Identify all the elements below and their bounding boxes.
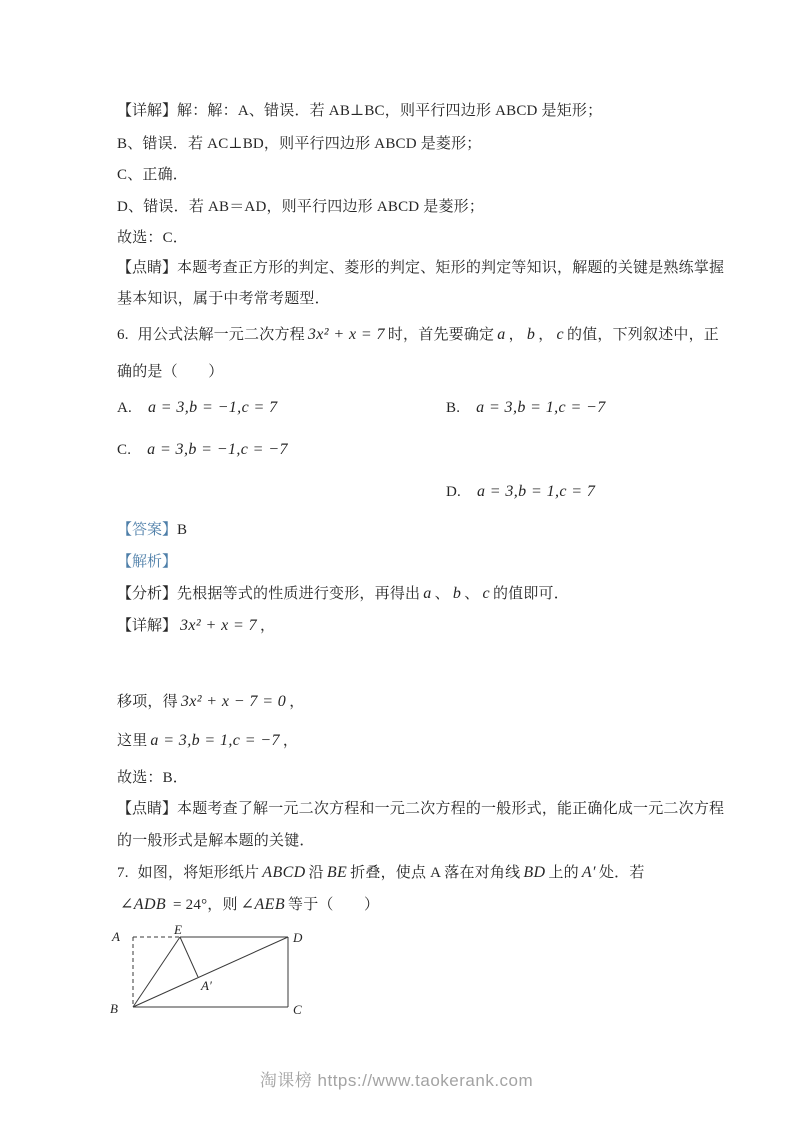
q6-option-c-segment: C. bbox=[117, 442, 131, 458]
q6-option-b: B.a = 3,b = 1,c = −7 bbox=[446, 397, 609, 419]
q6-step-rearrange-segment: 移项，得 bbox=[117, 694, 178, 710]
vertex-label-A: A bbox=[111, 929, 120, 944]
q5-conclusion: 故选：C． bbox=[117, 228, 188, 249]
q5-comment-line-2: 基本知识，属于中考常考题型． bbox=[117, 289, 330, 310]
q6-option-a: A.a = 3,b = −1,c = 7 bbox=[117, 397, 280, 419]
q6-analysis-segment: b bbox=[453, 585, 461, 602]
q5-comment-line-2-segment: 基本知识，属于中考常考题型． bbox=[117, 291, 330, 307]
vertex-label-D: D bbox=[292, 930, 303, 945]
q6-conclusion-segment: 故选：B． bbox=[117, 770, 188, 786]
q5-conclusion-segment: 故选：C． bbox=[117, 230, 188, 246]
q6-conclusion: 故选：B． bbox=[117, 768, 188, 789]
q5-detail-line-c: C、正确． bbox=[117, 165, 188, 186]
q6-stem-line-1-segment: 时，首先要确定 bbox=[388, 327, 494, 343]
q5-detail-line-a-segment: 解：解：A、错误．若 AB⊥BC，则平行四边形 ABCD 是矩形； bbox=[177, 103, 602, 119]
q7-stem-line-1-segment: A′ bbox=[582, 864, 596, 881]
q6-analysis-header-segment: 【解析】 bbox=[117, 554, 177, 570]
q6-step-rearrange-segment: ， bbox=[289, 694, 304, 710]
q6-step-rearrange: 移项，得3x² + x − 7 = 0， bbox=[117, 691, 304, 713]
q6-detail-formula-segment: ， bbox=[260, 618, 275, 634]
q6-option-d-segment: a = 3,b = 1,c = 7 bbox=[477, 483, 595, 500]
q5-detail-line-b-segment: B、错误．若 AC⊥BD，则平行四边形 ABCD 是菱形； bbox=[117, 136, 482, 152]
q7-stem-line-2-segment: ∠ADB bbox=[120, 896, 166, 913]
footer-watermark: 淘课榜 https://www.taokerank.com bbox=[0, 1066, 793, 1091]
q6-stem-line-1-segment: c bbox=[556, 326, 564, 343]
q6-option-a-segment: a = 3,b = −1,c = 7 bbox=[148, 399, 278, 416]
q6-stem-line-1-segment: b bbox=[527, 326, 535, 343]
rectangle-fold-diagram: A E D B C A′ bbox=[100, 924, 315, 1020]
q7-stem-line-2-segment: ∠AEB bbox=[241, 896, 285, 913]
q7-stem-line-1-segment: BD bbox=[523, 864, 545, 881]
q6-detail-formula: 【详解】3x² + x = 7， bbox=[117, 615, 275, 637]
q7-stem-line-1-segment: 折叠，使点 A 落在对角线 bbox=[350, 865, 520, 881]
q7-stem-line-1: 7.如图，将矩形纸片ABCD沿BE折叠，使点 A 落在对角线BD上的A′处．若 bbox=[117, 862, 645, 884]
q6-answer: 【答案】B bbox=[117, 520, 187, 541]
q6-step-coefficients-segment: ， bbox=[283, 733, 298, 749]
q6-comment-line-1: 【点睛】本题考查了解一元二次方程和一元二次方程的一般形式，能正确化成一元二次方程 bbox=[117, 799, 724, 820]
q7-figure: A E D B C A′ bbox=[100, 924, 315, 1020]
q6-option-b-segment: a = 3,b = 1,c = −7 bbox=[476, 399, 606, 416]
q5-detail-line-d-segment: D、错误．若 AB＝AD，则平行四边形 ABCD 是菱形； bbox=[117, 199, 484, 215]
q6-stem-line-1-segment: ， bbox=[538, 327, 553, 343]
q7-stem-line-1-segment: 7. bbox=[117, 865, 129, 881]
q5-detail-line-c-segment: C、正确． bbox=[117, 167, 188, 183]
q7-stem-line-1-segment: 处．若 bbox=[599, 865, 645, 881]
q6-analysis-segment: 【分析】 bbox=[117, 586, 177, 602]
q7-stem-line-1-segment: 上的 bbox=[548, 865, 578, 881]
vertex-label-A-prime: A′ bbox=[200, 978, 212, 993]
q5-detail-line-a: 【详解】解：解：A、错误．若 AB⊥BC，则平行四边形 ABCD 是矩形； bbox=[117, 101, 602, 122]
q6-stem-line-2: 确的是（ ） bbox=[117, 362, 223, 383]
exam-solution-page: 【详解】解：解：A、错误．若 AB⊥BC，则平行四边形 ABCD 是矩形；B、错… bbox=[0, 0, 793, 1122]
q6-analysis-segment: 、 bbox=[435, 586, 450, 602]
q6-analysis-segment: a bbox=[423, 585, 431, 602]
q7-stem-line-1-segment: BE bbox=[327, 864, 347, 881]
q6-option-c: C.a = 3,b = −1,c = −7 bbox=[117, 439, 291, 461]
q6-answer-segment: B bbox=[177, 522, 187, 538]
q6-step-coefficients-segment: 这里 bbox=[117, 733, 147, 749]
q7-stem-line-1-segment: 沿 bbox=[309, 865, 324, 881]
q6-step-coefficients: 这里a = 3,b = 1,c = −7， bbox=[117, 730, 298, 752]
q5-detail-line-a-segment: 【详解】 bbox=[117, 103, 177, 119]
q6-stem-line-2-segment: 确的是（ ） bbox=[117, 364, 223, 380]
q6-comment-line-2-segment: 的一般形式是解本题的关键． bbox=[117, 833, 315, 849]
q7-stem-line-2-segment: 等于（ ） bbox=[288, 897, 379, 913]
q7-stem-line-1-segment: ABCD bbox=[262, 864, 305, 881]
q6-comment-line-1-segment: 【点睛】 bbox=[117, 801, 177, 817]
q6-option-d: D.a = 3,b = 1,c = 7 bbox=[446, 481, 598, 503]
q6-stem-line-1-segment: a bbox=[497, 326, 505, 343]
q6-analysis-header: 【解析】 bbox=[117, 552, 177, 573]
q5-comment-line-1-segment: 本题考查正方形的判定、菱形的判定、矩形的判定等知识，解题的关键是熟练掌握 bbox=[177, 260, 724, 276]
q7-stem-line-1-segment: 如图，将矩形纸片 bbox=[138, 865, 260, 881]
q7-stem-line-2-segment: = 24°，则 bbox=[169, 897, 238, 913]
vertex-label-B: B bbox=[110, 1001, 118, 1016]
q6-step-coefficients-segment: a = 3,b = 1,c = −7 bbox=[150, 732, 280, 749]
q5-comment-line-1: 【点睛】本题考查正方形的判定、菱形的判定、矩形的判定等知识，解题的关键是熟练掌握 bbox=[117, 258, 724, 279]
q6-option-a-segment: A. bbox=[117, 400, 132, 416]
q6-option-c-segment: a = 3,b = −1,c = −7 bbox=[147, 441, 288, 458]
q5-detail-line-b: B、错误．若 AC⊥BD，则平行四边形 ABCD 是菱形； bbox=[117, 134, 482, 155]
vertex-label-C: C bbox=[293, 1002, 302, 1017]
q6-analysis-segment: 、 bbox=[464, 586, 479, 602]
q5-comment-line-1-segment: 【点睛】 bbox=[117, 260, 177, 276]
q5-detail-line-d: D、错误．若 AB＝AD，则平行四边形 ABCD 是菱形； bbox=[117, 197, 484, 218]
q6-detail-formula-segment: 【详解】 bbox=[117, 618, 177, 634]
q6-comment-line-1-segment: 本题考查了解一元二次方程和一元二次方程的一般形式，能正确化成一元二次方程 bbox=[177, 801, 724, 817]
q6-stem-line-1-segment: 用公式法解一元二次方程 bbox=[138, 327, 305, 343]
q6-stem-line-1-segment: 3x² + x = 7 bbox=[308, 326, 385, 343]
vertex-label-E: E bbox=[173, 924, 182, 937]
q6-stem-line-1-segment: ， bbox=[509, 327, 524, 343]
q6-analysis-segment: 先根据等式的性质进行变形，再得出 bbox=[177, 586, 420, 602]
q6-stem-line-1-segment: 6. bbox=[117, 327, 129, 343]
q6-step-rearrange-segment: 3x² + x − 7 = 0 bbox=[181, 693, 286, 710]
q6-analysis-segment: c bbox=[482, 585, 490, 602]
q6-option-d-segment: D. bbox=[446, 484, 461, 500]
q6-detail-formula-segment: 3x² + x = 7 bbox=[180, 617, 257, 634]
q6-analysis: 【分析】先根据等式的性质进行变形，再得出a、b、c的值即可． bbox=[117, 583, 569, 605]
q6-answer-segment: 【答案】 bbox=[117, 522, 177, 538]
q6-comment-line-2: 的一般形式是解本题的关键． bbox=[117, 831, 315, 852]
q6-stem-line-1-segment: 的值，下列叙述中，正 bbox=[567, 327, 719, 343]
segment-EA-prime bbox=[180, 937, 198, 977]
q6-analysis-segment: 的值即可． bbox=[493, 586, 569, 602]
q7-stem-line-2: ∠ADB = 24°，则∠AEB等于（ ） bbox=[117, 894, 379, 916]
q6-option-b-segment: B. bbox=[446, 400, 460, 416]
q6-stem-line-1: 6.用公式法解一元二次方程3x² + x = 7时，首先要确定a，b，c的值，下… bbox=[117, 324, 719, 346]
